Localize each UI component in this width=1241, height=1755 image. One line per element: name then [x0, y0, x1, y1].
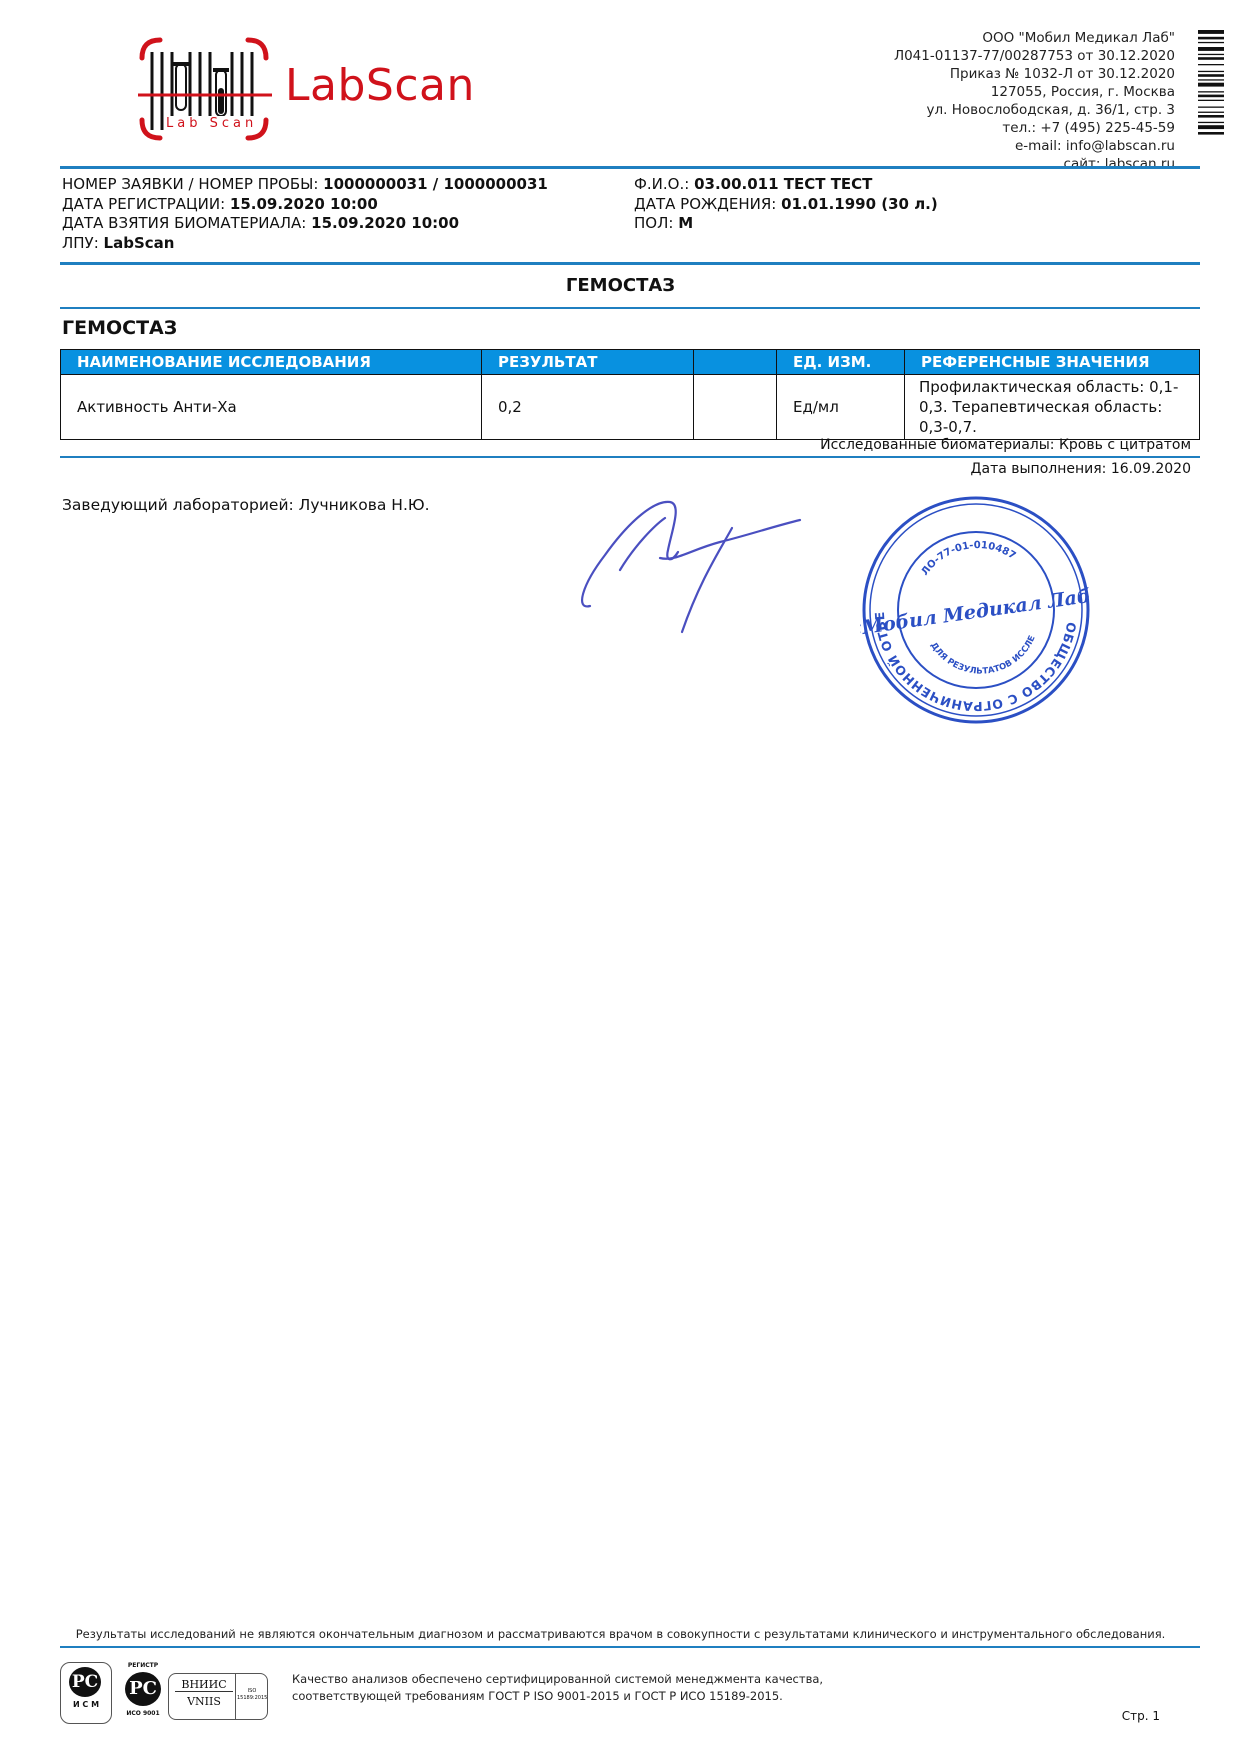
patient-info: Ф.И.О.: 03.00.011 ТЕСТ ТЕСТ ДАТА РОЖДЕНИ…: [634, 175, 938, 234]
svg-text:ЛО-77-01-010487: ЛО-77-01-010487: [919, 540, 1017, 578]
table-row: Активность Анти-Ха 0,2 Ед/мл Профилактич…: [61, 375, 1200, 440]
footer-divider: [60, 1646, 1200, 1648]
biomaterial-note: Исследованные биоматериалы: Кровь с цитр…: [820, 437, 1191, 453]
sex-value: М: [678, 214, 693, 232]
col-header-unit: ЕД. ИЗМ.: [777, 350, 905, 375]
sample-date-value: 15.09.2020 10:00: [311, 214, 459, 232]
table-header-row: НАИМЕНОВАНИЕ ИССЛЕДОВАНИЯ РЕЗУЛЬТАТ ЕД. …: [61, 350, 1200, 375]
col-header-test-name: НАИМЕНОВАНИЕ ИССЛЕДОВАНИЯ: [61, 350, 482, 375]
svg-text:«Мобил Медикал Лаб»: «Мобил Медикал Лаб»: [860, 583, 1092, 640]
quality-statement: Качество анализов обеспечено сертифициро…: [292, 1671, 823, 1705]
company-address: ул. Новослободская, д. 36/1, стр. 3: [894, 101, 1175, 119]
sample-date-row: ДАТА ВЗЯТИЯ БИОМАТЕРИАЛА: 15.09.2020 10:…: [62, 214, 548, 234]
birth-date-row: ДАТА РОЖДЕНИЯ: 01.01.1990 (30 л.): [634, 195, 938, 215]
info-divider: [60, 262, 1200, 265]
reference-cell: Профилактическая область: 0,1-0,3. Терап…: [905, 375, 1200, 440]
company-order: Приказ № 1032-Л от 30.12.2020: [894, 65, 1175, 83]
order-number-value: 1000000031 / 1000000031: [323, 175, 548, 193]
table-footer-divider: [60, 456, 1200, 458]
company-name: ООО "Мобил Медикал Лаб": [894, 29, 1175, 47]
order-info: НОМЕР ЗАЯВКИ / НОМЕР ПРОБЫ: 1000000031 /…: [62, 175, 548, 253]
company-city: 127055, Россия, г. Москва: [894, 83, 1175, 101]
completion-date: Дата выполнения: 16.09.2020: [971, 461, 1191, 477]
registration-date-row: ДАТА РЕГИСТРАЦИИ: 15.09.2020 10:00: [62, 195, 548, 215]
head-of-lab: Заведующий лабораторией: Лучникова Н.Ю.: [62, 496, 430, 514]
section-title: ГЕМОСТАЗ: [0, 275, 1241, 296]
test-name-cell: Активность Анти-Ха: [61, 375, 482, 440]
section-divider: [60, 307, 1200, 309]
lpu-row: ЛПУ: LabScan: [62, 234, 548, 254]
patient-name-row: Ф.И.О.: 03.00.011 ТЕСТ ТЕСТ: [634, 175, 938, 195]
company-license: Л041-01137-77/00287753 от 30.12.2020: [894, 47, 1175, 65]
cert-vniis-logo: ВНИИС VNIIS ISO 15189:2015: [168, 1673, 268, 1720]
page-number: Стр. 1: [1122, 1709, 1160, 1723]
col-header-reference: РЕФЕРЕНСНЫЕ ЗНАЧЕНИЯ: [905, 350, 1200, 375]
logo-subtext: Lab Scan: [164, 116, 259, 131]
header-divider: [60, 166, 1200, 169]
result-cell: 0,2: [482, 375, 694, 440]
barcode-logo-icon: [130, 30, 290, 155]
logo-text: LabScan: [285, 60, 475, 111]
company-info: ООО "Мобил Медикал Лаб" Л041-01137-77/00…: [894, 29, 1175, 173]
flag-cell: [694, 375, 777, 440]
subsection-title: ГЕМОСТАЗ: [62, 317, 177, 339]
lpu-value: LabScan: [104, 234, 175, 252]
registration-date-value: 15.09.2020 10:00: [230, 195, 378, 213]
company-email: e-mail: info@labscan.ru: [894, 137, 1175, 155]
sex-row: ПОЛ: М: [634, 214, 938, 234]
cert-registry-logo: РЕГИСТР РС ИСО 9001: [115, 1662, 171, 1724]
disclaimer-text: Результаты исследований не являются окон…: [0, 1627, 1241, 1641]
results-table: НАИМЕНОВАНИЕ ИССЛЕДОВАНИЯ РЕЗУЛЬТАТ ЕД. …: [60, 349, 1200, 440]
labscan-logo: Lab Scan LabScan: [130, 30, 510, 155]
patient-name-value: 03.00.011 ТЕСТ ТЕСТ: [694, 175, 872, 193]
signature-image: [560, 490, 810, 640]
col-header-result: РЕЗУЛЬТАТ: [482, 350, 694, 375]
cert-gost-ism-logo: РС И С М: [60, 1662, 112, 1724]
vertical-barcode-icon: [1198, 30, 1224, 166]
col-header-flag: [694, 350, 777, 375]
order-number-row: НОМЕР ЗАЯВКИ / НОМЕР ПРОБЫ: 1000000031 /…: [62, 175, 548, 195]
company-site: сайт: labscan.ru: [894, 155, 1175, 173]
birth-date-value: 01.01.1990 (30 л.): [781, 195, 938, 213]
unit-cell: Ед/мл: [777, 375, 905, 440]
company-phone: тел.: +7 (495) 225-45-59: [894, 119, 1175, 137]
company-stamp: ОБЩЕСТВО С ОГРАНИЧЕННОЙ ОТВЕТСТВЕННОСТЬЮ…: [860, 494, 1092, 726]
